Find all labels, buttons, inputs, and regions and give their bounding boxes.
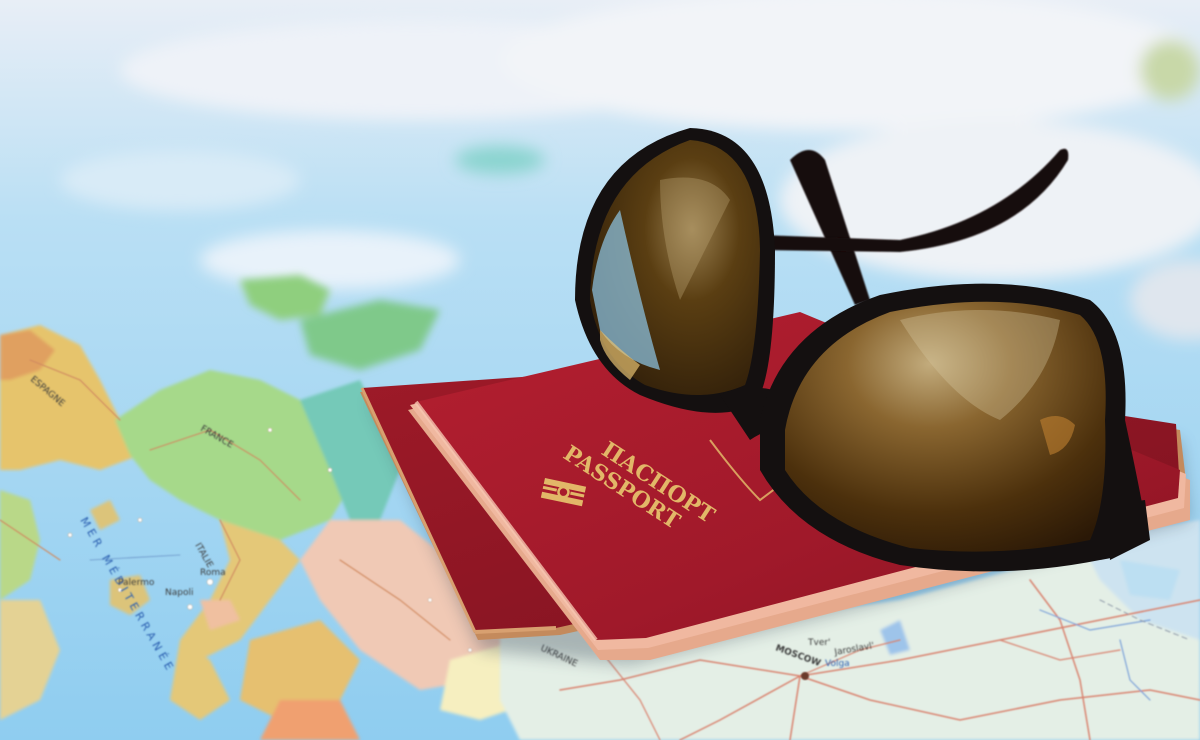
map-label-palermo: Palermo — [118, 578, 155, 588]
map-label-napoli: Napoli — [165, 588, 193, 598]
map-label-volga: Volga — [825, 659, 850, 669]
map-label-rome: Roma — [200, 568, 226, 578]
photo-scene: MER MÉDITERRANÉE ITALIE Roma Napoli Pale… — [0, 0, 1200, 740]
map-label-tver: Tver' — [807, 638, 831, 648]
scene-illustration: MER MÉDITERRANÉE ITALIE Roma Napoli Pale… — [0, 0, 1200, 740]
